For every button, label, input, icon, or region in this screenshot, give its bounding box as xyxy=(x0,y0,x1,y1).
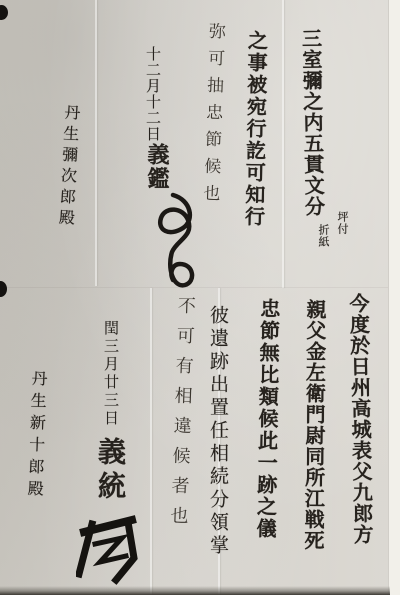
doc2-text-column-5: 不可有相違候者也 xyxy=(168,296,194,536)
fold-crease xyxy=(150,288,152,595)
binding-mark xyxy=(0,281,7,297)
kao-monogram-loop-icon xyxy=(147,192,201,294)
doc1-signature: 義鑑 xyxy=(146,143,168,191)
doc1-addressee: 丹生彌次郎殿 xyxy=(57,104,80,231)
doc2-text-column-1: 今度於日州高城表父九郎方 xyxy=(348,293,372,545)
doc1-text-column-3: 弥可抽忠節候也 xyxy=(200,22,224,211)
doc2-signature: 義統 xyxy=(96,437,124,505)
binding-mark xyxy=(0,5,8,20)
doc2-text-column-4: 彼遺跡出置任相続分領掌 xyxy=(208,305,227,558)
fold-crease xyxy=(282,0,284,288)
photo-margin xyxy=(388,0,400,595)
doc2-text-column-3: 忠節無比類候此一跡之儀 xyxy=(255,298,279,540)
doc1-small-annotation-2: 折紙 xyxy=(318,224,329,248)
doc1-date-line: 十二月十二日 xyxy=(145,46,160,142)
doc1-text-column-2: 之事被宛行訖可知行 xyxy=(243,30,266,228)
doc2-text-column-2: 親父金左衛門尉同所江戦死 xyxy=(303,299,325,551)
manuscript-photo: 三室彌之内五貫文分 坪付 折紙 之事被宛行訖可知行 弥可抽忠節候也 十二月十二日… xyxy=(0,0,400,595)
fold-crease xyxy=(95,0,97,286)
photo-shadow xyxy=(0,586,390,595)
doc2-date-line: 閏三月廿三日 xyxy=(103,320,118,428)
kao-monogram-angular-icon xyxy=(76,508,138,592)
doc1-text-column-1: 三室彌之内五貫文分 xyxy=(300,28,323,217)
doc2-addressee: 丹生新十郎殿 xyxy=(26,370,47,502)
doc1-small-annotation-1: 坪付 xyxy=(337,211,348,235)
